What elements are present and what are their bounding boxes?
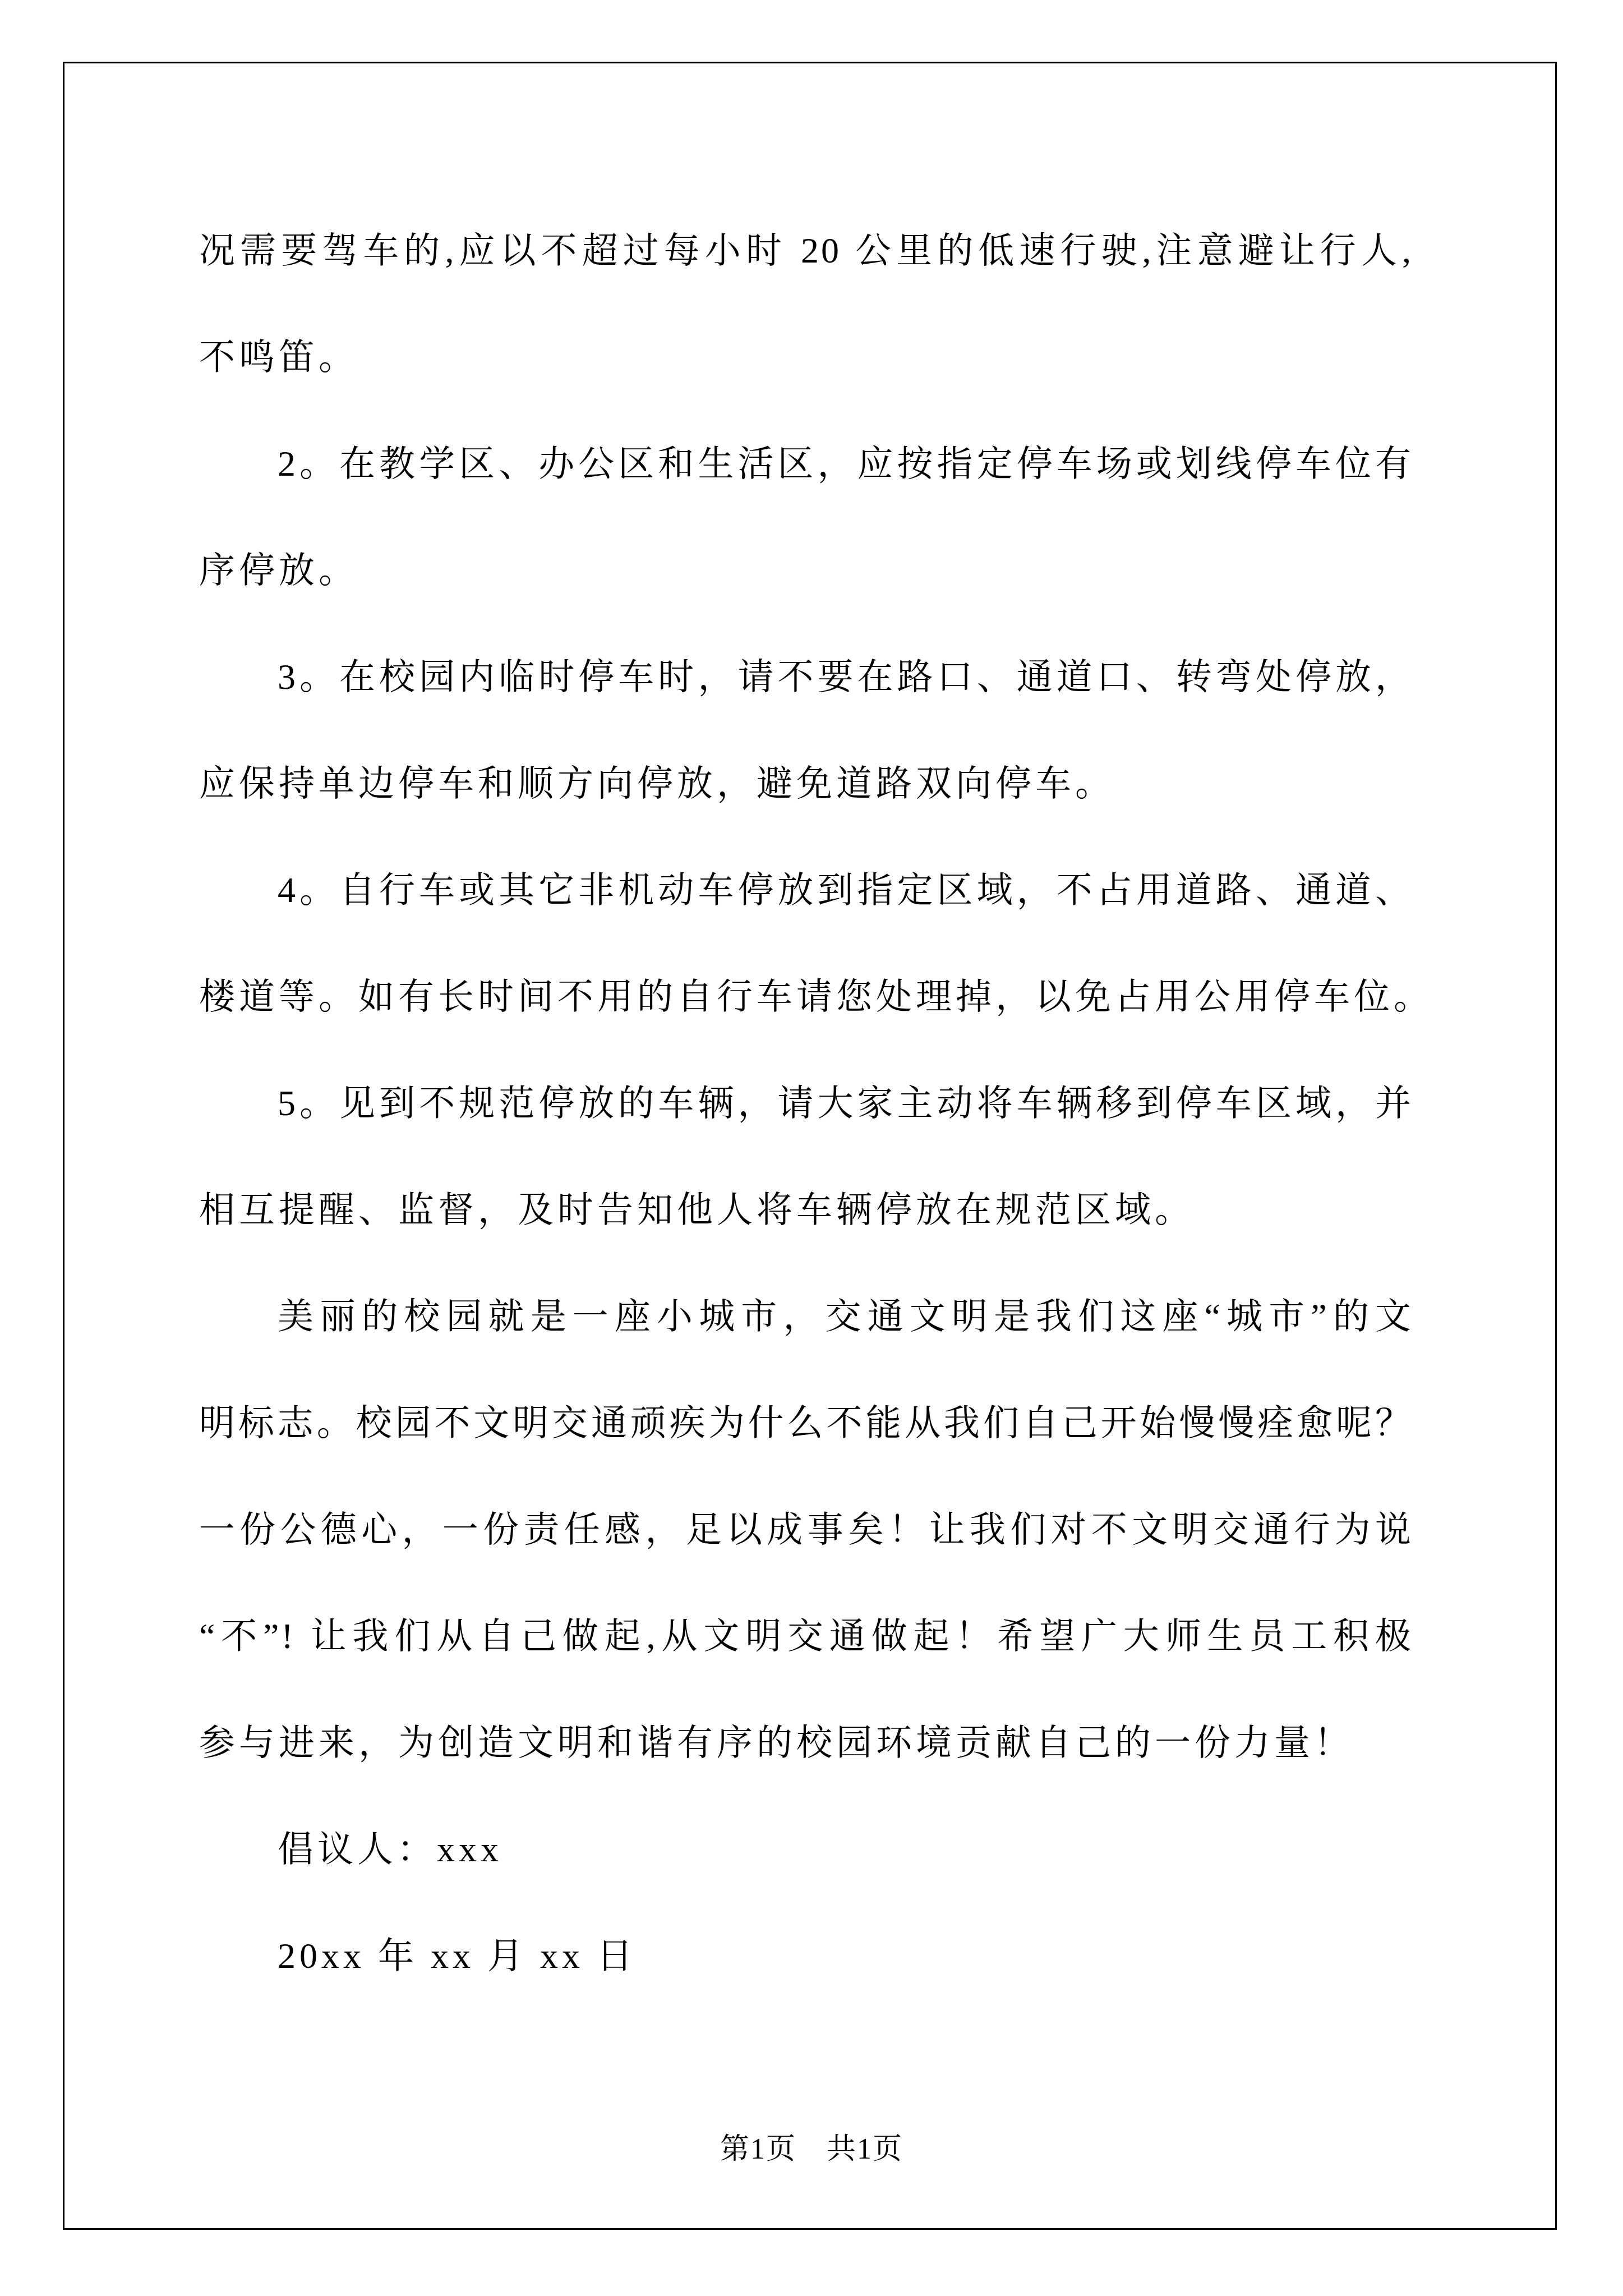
text-line: 序停放。 bbox=[199, 517, 1413, 624]
text-line: 应保持单边停车和顺方向停放，避免道路双向停车。 bbox=[199, 730, 1413, 837]
text-line: 2。在教学区、办公区和生活区，应按指定停车场或划线停车位有 bbox=[199, 411, 1413, 517]
text-line: 5。见到不规范停放的车辆，请大家主动将车辆移到停车区域，并 bbox=[199, 1050, 1413, 1157]
text-line: 一份公德心，一份责任感，足以成事矣！让我们对不文明交通行为说 bbox=[199, 1476, 1413, 1583]
page-indicator: 第1页 共1页 bbox=[720, 2133, 903, 2165]
text-line: “不”! 让我们从自己做起,从文明交通做起！希望广大师生员工积极 bbox=[199, 1583, 1413, 1690]
page-footer: 第1页 共1页 bbox=[0, 2125, 1623, 2167]
text-line: 明标志。校园不文明交通顽疾为什么不能从我们自己开始慢慢痊愈呢？ bbox=[199, 1370, 1413, 1476]
text-line: 不鸣笛。 bbox=[199, 304, 1413, 411]
text-line: 倡议人：xxx bbox=[199, 1796, 1413, 1903]
text-line: 美丽的校园就是一座小城市，交通文明是我们这座“城市”的文 bbox=[199, 1263, 1413, 1370]
text-line: 况需要驾车的,应以不超过每小时 20 公里的低速行驶,注意避让行人, bbox=[199, 197, 1413, 304]
text-line: 4。自行车或其它非机动车停放到指定区域，不占用道路、通道、 bbox=[199, 837, 1413, 944]
text-line: 相互提醒、监督，及时告知他人将车辆停放在规范区域。 bbox=[199, 1157, 1413, 1263]
text-line: 3。在校园内临时停车时，请不要在路口、通道口、转弯处停放， bbox=[199, 624, 1413, 730]
body-text: 况需要驾车的,应以不超过每小时 20 公里的低速行驶,注意避让行人, 不鸣笛。 … bbox=[199, 197, 1413, 2009]
text-line: 参与进来，为创造文明和谐有序的校园环境贡献自己的一份力量！ bbox=[199, 1690, 1413, 1796]
text-line: 楼道等。如有长时间不用的自行车请您处理掉，以免占用公用停车位。 bbox=[199, 944, 1413, 1050]
text-line: 20xx 年 xx 月 xx 日 bbox=[199, 1903, 1413, 2009]
document-page: 况需要驾车的,应以不超过每小时 20 公里的低速行驶,注意避让行人, 不鸣笛。 … bbox=[0, 0, 1623, 2296]
